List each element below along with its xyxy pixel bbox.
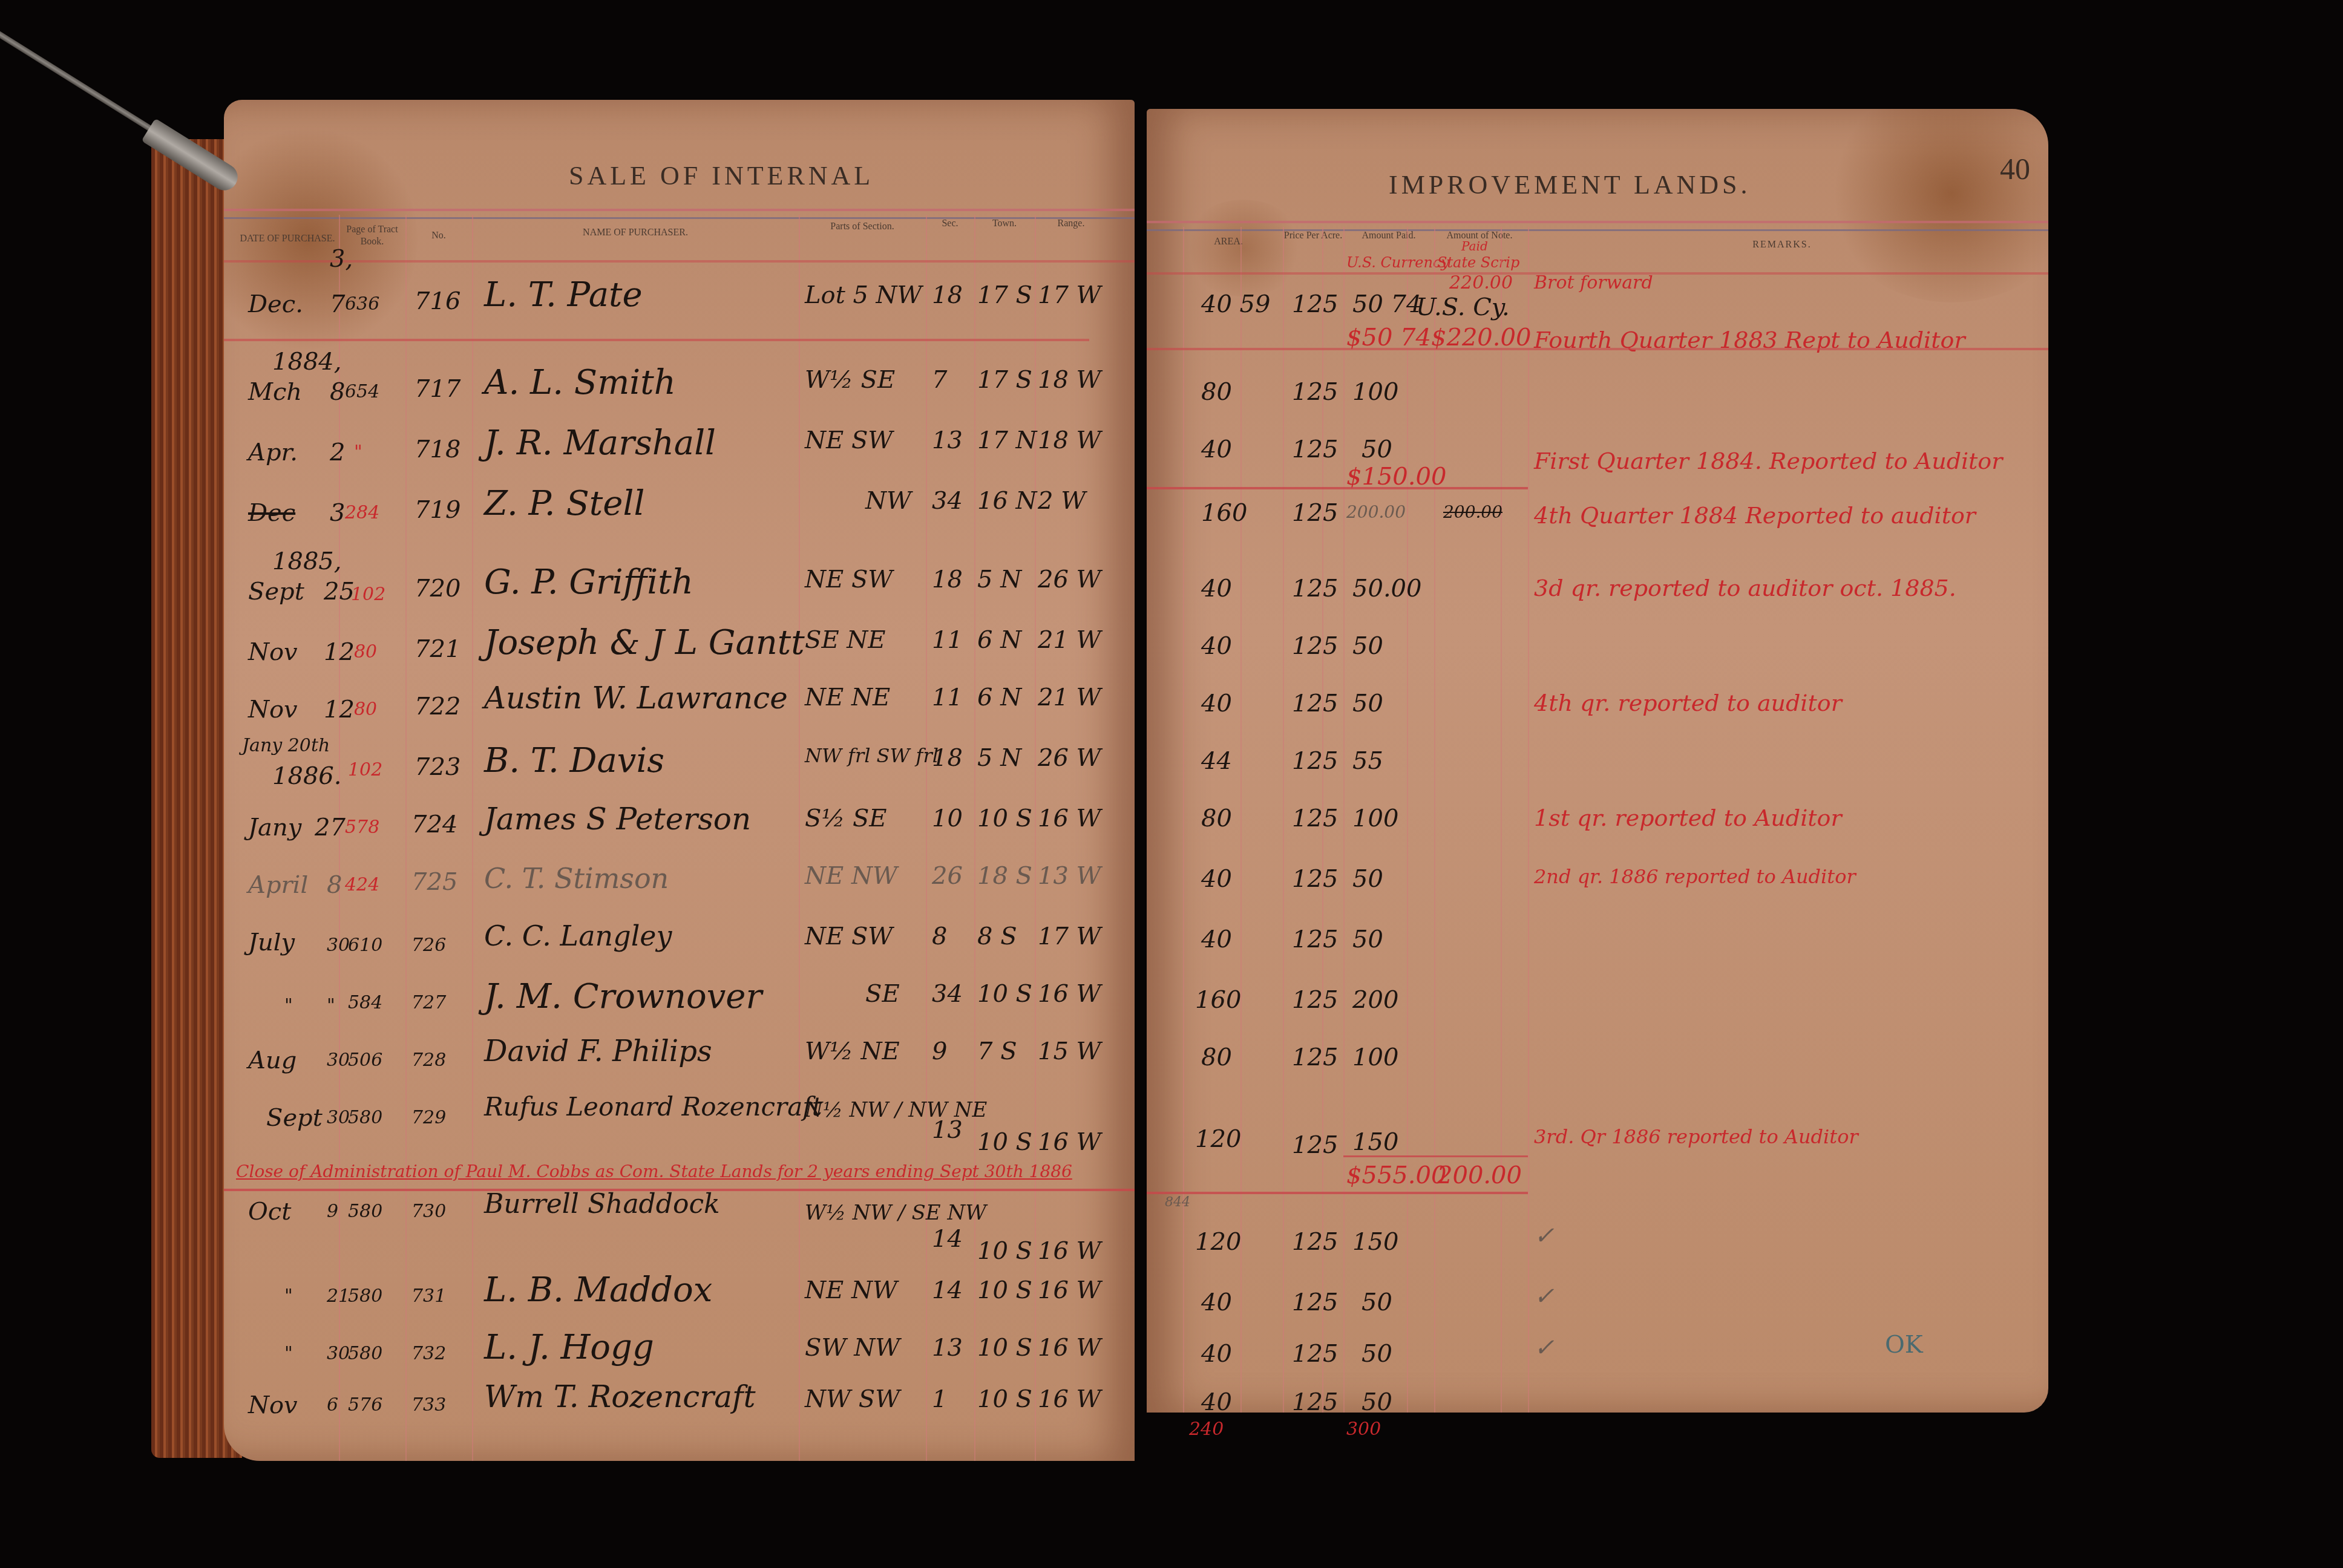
entry-tract-page: 636 xyxy=(345,293,379,315)
entry-day: 8 xyxy=(327,871,342,899)
col-range: Range. xyxy=(1035,218,1107,230)
entry-year: 1884, xyxy=(272,348,342,376)
entry-tract-page: 102 xyxy=(348,759,382,780)
entry-range: 17 W xyxy=(1038,281,1101,309)
entry-section: 13 xyxy=(932,1334,963,1362)
entry-price: 125 xyxy=(1292,499,1338,527)
entry-month: Oct xyxy=(248,1198,291,1226)
subtotal-rule xyxy=(1343,1155,1528,1157)
entry-part: NE NW xyxy=(805,862,897,890)
entry-price: 125 xyxy=(1292,1131,1338,1159)
entry-price: 125 xyxy=(1292,865,1338,893)
entry-day: 2 xyxy=(330,439,345,466)
entry-part: NW SW xyxy=(805,1385,900,1413)
entry-purchaser: Z. P. Stell xyxy=(484,484,644,523)
entry-tract-page: 80 xyxy=(354,699,377,720)
column-rule xyxy=(1501,227,1502,1413)
entry-area: 80 xyxy=(1201,1044,1232,1071)
entry-range: 18 W xyxy=(1038,426,1101,454)
entry-section: 11 xyxy=(932,684,963,711)
entry-month: Jany xyxy=(248,814,301,841)
column-rule xyxy=(1183,227,1184,1413)
entry-price: 125 xyxy=(1292,1388,1338,1413)
entry-tract-page: 584 xyxy=(348,992,382,1013)
entry-town: 5 N xyxy=(977,744,1021,772)
entry-area: 120 xyxy=(1195,1228,1241,1256)
remark-text: 3d qr. reported to auditor oct. 1885. xyxy=(1534,575,1956,601)
entry-section: 7 xyxy=(932,366,947,394)
entry-part: NE NW xyxy=(805,1276,897,1304)
entry-number: 723 xyxy=(415,753,460,781)
entry-day: 12 xyxy=(324,696,355,724)
entry-purchaser: L. T. Pate xyxy=(484,275,643,315)
entry-price: 125 xyxy=(1292,1228,1338,1256)
entry-town: 6 N xyxy=(977,684,1021,711)
entry-month: Dec. xyxy=(248,290,303,318)
entry-number: 718 xyxy=(415,436,460,463)
entry-price: 125 xyxy=(1292,632,1338,660)
water-stain xyxy=(1183,200,1304,296)
remark-text: 4th Quarter 1884 Reported to auditor xyxy=(1534,502,1976,529)
entry-area: 40 xyxy=(1201,865,1232,893)
entry-month: Dec xyxy=(248,499,295,527)
entry-range: 15 W xyxy=(1038,1037,1101,1065)
col-price-per-acre: Price Per Acre. xyxy=(1283,230,1343,242)
spatula-rod xyxy=(0,13,156,134)
entry-paid: 50 74 xyxy=(1352,290,1422,318)
entry-range: 17 W xyxy=(1038,923,1101,950)
entry-number: 724 xyxy=(411,811,457,838)
entry-range: 13 W xyxy=(1038,862,1101,890)
entry-day: 6 xyxy=(327,1394,338,1416)
entry-part: NE SW xyxy=(805,426,893,454)
entry-area: 160 xyxy=(1195,986,1241,1014)
page-number: 40 xyxy=(2000,151,2030,186)
entry-purchaser: B. T. Davis xyxy=(484,741,664,780)
entry-range: 26 W xyxy=(1038,566,1101,593)
subtotal-paid: $555.00 xyxy=(1346,1161,1446,1189)
right-page-heading: IMPROVEMENT LANDS. xyxy=(1389,169,1751,200)
entry-purchaser: Burrell Shaddock xyxy=(484,1189,720,1220)
entry-price: 125 xyxy=(1292,690,1338,717)
entry-range: 16 W xyxy=(1038,1276,1101,1304)
entry-town: 18 S xyxy=(977,862,1032,890)
entry-day: 30 xyxy=(327,1107,350,1128)
entry-part: SE xyxy=(865,980,900,1008)
entry-purchaser: C. C. Langley xyxy=(484,920,672,952)
col-number: No. xyxy=(405,230,472,242)
entry-purchaser: L. J. Hogg xyxy=(484,1328,654,1367)
entry-area: 80 xyxy=(1201,378,1232,406)
entry-number: 719 xyxy=(415,496,460,524)
column-rule xyxy=(1035,215,1036,1461)
entry-town: 17 N xyxy=(977,426,1037,454)
entry-section: 9 xyxy=(932,1037,947,1065)
entry-year: 1886. xyxy=(272,762,342,790)
entry-number: 729 xyxy=(411,1107,446,1128)
entry-day: 30 xyxy=(327,935,350,956)
entry-number: 727 xyxy=(411,992,446,1013)
entry-month: April xyxy=(248,871,308,899)
entry-number: 720 xyxy=(415,575,460,603)
entry-paid: 100 xyxy=(1352,378,1398,406)
entry-price: 125 xyxy=(1292,290,1338,318)
entry-area: 160 xyxy=(1201,499,1247,527)
entry-town: 5 N xyxy=(977,566,1021,593)
entry-purchaser: G. P. Griffith xyxy=(484,563,693,602)
entry-day: 21 xyxy=(327,1285,350,1307)
entry-price: 125 xyxy=(1292,805,1338,832)
entry-part: S½ SE xyxy=(805,805,887,832)
entry-paid: 50 xyxy=(1362,1340,1392,1368)
entry-range: 16 W xyxy=(1038,1128,1101,1156)
subtotal-note: 200.00 xyxy=(1437,1161,1522,1189)
entry-month: Sept xyxy=(266,1104,323,1132)
entry-tract-page: 424 xyxy=(345,874,379,895)
entry-town: 10 S xyxy=(977,1237,1032,1265)
column-rule xyxy=(1407,227,1408,1413)
entry-number: 721 xyxy=(415,635,460,663)
col-amount-paid: Amount Paid. xyxy=(1343,230,1434,242)
entry-paid: 50.00 xyxy=(1352,575,1422,603)
entry-area: 120 xyxy=(1195,1125,1241,1153)
carried-forward-label: Brot forward xyxy=(1534,272,1653,293)
entry-tract-page: 80 xyxy=(354,641,377,662)
left-page: SALE OF INTERNAL DATE OF PURCHASE. Page … xyxy=(224,100,1135,1461)
entry-purchaser: Austin W. Lawrance xyxy=(484,681,788,716)
entry-purchaser: C. T. Stimson xyxy=(484,862,669,895)
entry-purchaser: Joseph & J L Gantt xyxy=(484,623,805,662)
entry-section: 14 xyxy=(932,1276,963,1304)
entry-number: 717 xyxy=(415,375,460,403)
entry-section: 34 xyxy=(932,487,963,515)
entry-number: 716 xyxy=(415,287,460,315)
entry-tract-page: 580 xyxy=(348,1107,382,1128)
column-rule xyxy=(472,215,473,1461)
entry-purchaser: J. R. Marshall xyxy=(484,423,716,463)
entry-paid-note: U.S. Cy. xyxy=(1416,293,1510,321)
remark-text: 3rd. Qr 1886 reported to Auditor xyxy=(1534,1125,1858,1148)
entry-purchaser: Wm T. Rozencraft xyxy=(484,1379,756,1414)
entry-area: 40 xyxy=(1201,575,1232,603)
entry-range: 2 W xyxy=(1038,487,1086,515)
entry-range: 16 W xyxy=(1038,1237,1101,1265)
entry-number: 732 xyxy=(411,1343,446,1364)
entry-section: 13 xyxy=(932,1116,963,1144)
entry-section: 34 xyxy=(932,980,963,1008)
entry-section: 14 xyxy=(932,1225,963,1253)
col-remarks: REMARKS. xyxy=(1722,239,1843,251)
remark-text: 2nd qr. 1886 reported to Auditor xyxy=(1534,865,1856,888)
entry-town: 16 N xyxy=(977,487,1037,515)
remark-text: 1st qr. reported to Auditor xyxy=(1534,805,1842,831)
entry-price: 125 xyxy=(1292,1044,1338,1071)
carried-forward-amount: 220.00 xyxy=(1449,272,1513,293)
entry-part: W½ NW / SE NW xyxy=(805,1201,986,1225)
final-total-paid: 300 xyxy=(1346,1419,1381,1440)
entry-paid: 55 xyxy=(1352,747,1383,775)
entry-paid: 150 xyxy=(1352,1128,1398,1156)
entry-note: 200.00 xyxy=(1443,502,1502,522)
entry-price: 125 xyxy=(1292,436,1338,463)
entry-tract-page: 102 xyxy=(351,584,385,605)
entry-part: NW xyxy=(865,487,911,515)
entry-number: 726 xyxy=(411,935,446,956)
entry-month: Jany 20th xyxy=(242,735,330,756)
entry-month: Nov xyxy=(248,1391,298,1419)
entry-price: 125 xyxy=(1292,1289,1338,1316)
entry-day: 9 xyxy=(327,1201,338,1222)
entry-section: 18 xyxy=(932,744,963,772)
entry-town: 10 S xyxy=(977,1128,1032,1156)
entry-area: 40 xyxy=(1201,926,1232,953)
entry-part: SE NE xyxy=(805,626,886,654)
closing-rule xyxy=(1147,1192,1528,1194)
entry-tract-page: 580 xyxy=(348,1201,382,1222)
col-date-of-purchase: DATE OF PURCHASE. xyxy=(236,233,339,245)
entry-area: 44 xyxy=(1201,747,1232,775)
spatula-page-holder xyxy=(0,6,243,193)
final-total-area: 240 xyxy=(1189,1419,1224,1440)
entry-range: 26 W xyxy=(1038,744,1101,772)
check-mark: ✓ xyxy=(1534,1222,1555,1250)
check-mark: ✓ xyxy=(1534,1334,1555,1362)
entry-section: 11 xyxy=(932,626,963,654)
entry-number: 725 xyxy=(411,868,457,896)
entry-month: Nov xyxy=(248,638,298,666)
note-annotation: State Scrip xyxy=(1437,254,1519,271)
entry-town: 10 S xyxy=(977,980,1032,1008)
entry-area: 40 xyxy=(1201,1388,1232,1413)
header-rule xyxy=(1147,221,2048,231)
column-rule xyxy=(1528,227,1529,1413)
col-purchaser-name: NAME OF PURCHASER. xyxy=(472,227,799,239)
entry-day: 27 xyxy=(315,814,346,841)
entry-area: 40 59 xyxy=(1201,290,1271,318)
entry-day: 25 xyxy=(324,578,355,606)
column-rule xyxy=(405,215,407,1461)
entry-town: 7 S xyxy=(977,1037,1017,1065)
entry-paid: 50 xyxy=(1362,436,1392,463)
header-bottom-rule xyxy=(224,260,1135,263)
entry-tract-page: 284 xyxy=(345,502,379,523)
entry-tract-page: 580 xyxy=(348,1285,382,1307)
entry-part: W½ SE xyxy=(805,366,895,394)
entry-part: NW frl SW frl xyxy=(805,744,939,767)
entry-range: 16 W xyxy=(1038,1334,1101,1362)
entry-price: 125 xyxy=(1292,575,1338,603)
col-town: Town. xyxy=(974,218,1035,230)
entry-area: 40 xyxy=(1201,690,1232,717)
check-mark: ✓ xyxy=(1534,1282,1555,1310)
entry-range: 16 W xyxy=(1038,1385,1101,1413)
entry-range: 18 W xyxy=(1038,366,1101,394)
entry-paid: 50 xyxy=(1362,1388,1392,1413)
entry-section: 26 xyxy=(932,862,963,890)
entry-paid: 50 xyxy=(1352,632,1383,660)
closing-administration-note: Close of Administration of Paul M. Cobbs… xyxy=(236,1161,1072,1181)
column-rule xyxy=(926,215,927,1461)
entry-number: 722 xyxy=(415,693,460,720)
entry-area: 40 xyxy=(1201,632,1232,660)
entry-town: 17 S xyxy=(977,281,1032,309)
entry-day: 30 xyxy=(327,1343,350,1364)
entry-month: July xyxy=(248,929,295,956)
entry-section: 13 xyxy=(932,426,963,454)
entry-section: 18 xyxy=(932,281,963,309)
entry-area: 40 xyxy=(1201,436,1232,463)
entry-part: NE SW xyxy=(805,566,893,593)
entry-number: 728 xyxy=(411,1050,446,1071)
entry-purchaser: A. L. Smith xyxy=(484,363,676,402)
entry-purchaser: L. B. Maddox xyxy=(484,1270,712,1310)
entry-purchaser: James S Peterson xyxy=(484,802,751,837)
entry-paid: 50 xyxy=(1352,690,1383,717)
entry-purchaser: J. M. Crownover xyxy=(484,977,762,1016)
entry-tract-page: " xyxy=(354,442,362,463)
entry-section: 8 xyxy=(932,923,947,950)
entry-tract-page: 576 xyxy=(348,1394,382,1416)
entry-tract-page: 580 xyxy=(348,1343,382,1364)
year-marker: 3, xyxy=(330,245,353,273)
col-area: AREA. xyxy=(1183,236,1274,248)
entry-tract-page: 654 xyxy=(345,381,379,402)
column-rule xyxy=(799,215,800,1461)
entry-price: 125 xyxy=(1292,986,1338,1014)
entry-price: 125 xyxy=(1292,747,1338,775)
entry-paid: 200 xyxy=(1352,986,1398,1014)
entry-area: 40 xyxy=(1201,1289,1232,1316)
entry-section: 10 xyxy=(932,805,963,832)
entry-paid: 50 xyxy=(1352,926,1383,953)
entry-month: Apr. xyxy=(248,439,298,466)
entry-section: 1 xyxy=(932,1385,947,1413)
entry-purchaser: David F. Philips xyxy=(484,1034,712,1068)
section-rule xyxy=(224,339,1089,341)
entry-month: Aug xyxy=(248,1047,297,1074)
remark-text: 4th qr. reported to auditor xyxy=(1534,690,1842,716)
note-override: Paid xyxy=(1461,239,1488,253)
entry-year: 1885, xyxy=(272,547,342,575)
entry-tract-page: 578 xyxy=(345,817,379,838)
entry-range: 21 W xyxy=(1038,626,1101,654)
entry-day: 7 xyxy=(330,290,345,318)
entry-price: 125 xyxy=(1292,926,1338,953)
entry-town: 10 S xyxy=(977,805,1032,832)
entry-day: 12 xyxy=(324,638,355,666)
entry-area: 40 xyxy=(1201,1340,1232,1368)
entry-town: 6 N xyxy=(977,626,1021,654)
entry-month: " xyxy=(284,1343,293,1364)
entry-paid: 150 xyxy=(1352,1228,1398,1256)
column-rule xyxy=(1283,227,1284,1413)
entry-day: 3 xyxy=(330,499,345,527)
entry-town: 8 S xyxy=(977,923,1017,950)
col-parts-of-section: Parts of Section. xyxy=(799,221,926,233)
entry-part: W½ NE xyxy=(805,1037,900,1065)
left-page-heading: SALE OF INTERNAL xyxy=(569,160,874,191)
col-section: Sec. xyxy=(926,218,974,230)
section-rule xyxy=(1147,348,2048,350)
entry-part: Lot 5 NW xyxy=(805,281,922,309)
entry-town: 10 S xyxy=(977,1385,1032,1413)
entry-paid: 200.00 xyxy=(1346,502,1406,522)
entry-part: SW NW xyxy=(805,1334,900,1362)
entry-month: " xyxy=(284,1285,293,1307)
subtotal-rule xyxy=(1147,487,1528,489)
entry-month: Mch xyxy=(248,378,302,406)
entry-range: 21 W xyxy=(1038,684,1101,711)
entry-paid: 50 xyxy=(1362,1289,1392,1316)
column-rule xyxy=(1343,227,1345,1413)
entry-month: Nov xyxy=(248,696,298,724)
column-rule xyxy=(974,215,975,1461)
entry-part: NE NE xyxy=(805,684,890,711)
entry-day: " xyxy=(327,995,335,1016)
column-rule xyxy=(1434,227,1435,1413)
right-page: IMPROVEMENT LANDS. 40 AREA. Price Per Ac… xyxy=(1147,109,2048,1413)
col-tract-page: Page of Tract Book. xyxy=(339,224,405,248)
entry-range: 16 W xyxy=(1038,980,1101,1008)
entry-price: 125 xyxy=(1292,1340,1338,1368)
entry-number: 731 xyxy=(411,1285,446,1307)
entry-month: " xyxy=(284,995,293,1016)
running-area-marker: 844 xyxy=(1165,1195,1190,1210)
entry-area: 80 xyxy=(1201,805,1232,832)
entry-town: 10 S xyxy=(977,1276,1032,1304)
remark-text: First Quarter 1884. Reported to Auditor xyxy=(1534,448,2002,474)
entry-day: 30 xyxy=(327,1050,350,1071)
entry-range: 16 W xyxy=(1038,805,1101,832)
entry-town: 17 S xyxy=(977,366,1032,394)
entry-tract-page: 506 xyxy=(348,1050,382,1071)
entry-paid: 100 xyxy=(1352,805,1398,832)
entry-price: 125 xyxy=(1292,378,1338,406)
entry-part: NE SW xyxy=(805,923,893,950)
entry-tract-page: 610 xyxy=(348,935,382,956)
entry-number: 733 xyxy=(411,1394,446,1416)
ok-annotation: OK xyxy=(1885,1331,1923,1359)
entry-day: 8 xyxy=(330,378,345,406)
entry-month: Sept xyxy=(248,578,304,606)
entry-paid: 50 xyxy=(1352,865,1383,893)
entry-section: 18 xyxy=(932,566,963,593)
entry-town: 10 S xyxy=(977,1334,1032,1362)
entry-number: 730 xyxy=(411,1201,446,1222)
entry-purchaser: Rufus Leonard Rozencraft xyxy=(484,1092,822,1122)
entry-paid: 100 xyxy=(1352,1044,1398,1071)
